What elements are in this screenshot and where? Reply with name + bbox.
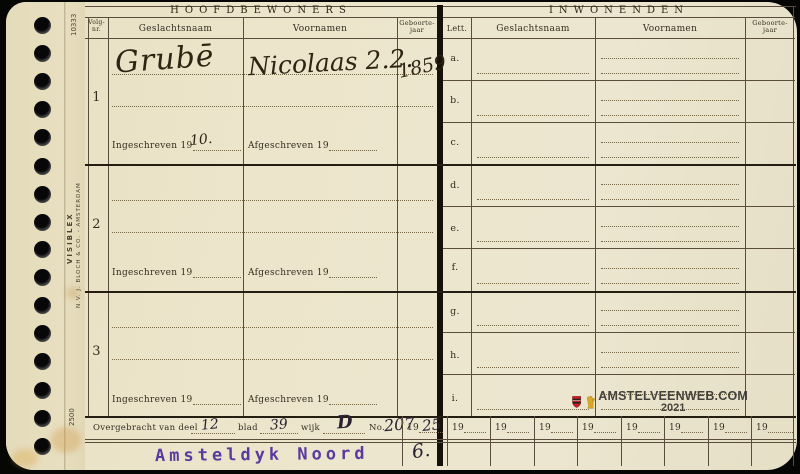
card-top-code: 10333 bbox=[70, 14, 78, 36]
punch-hole bbox=[34, 73, 51, 90]
handwriting-blad: 39 bbox=[269, 416, 288, 433]
punch-hole bbox=[34, 129, 51, 146]
dotted-line bbox=[601, 352, 739, 353]
afgeschreven-label-2: Afgeschreven 19 bbox=[248, 268, 377, 278]
rule-h bbox=[443, 80, 795, 81]
rule-v bbox=[664, 416, 665, 466]
afgeschreven-label-1: Afgeschreven 19 bbox=[248, 141, 377, 151]
dotted-line bbox=[601, 367, 739, 368]
handwriting-deel: 12 bbox=[200, 416, 219, 433]
dotted-line bbox=[601, 325, 739, 326]
dotted-leader bbox=[193, 268, 241, 278]
dotted-leader bbox=[507, 423, 529, 433]
dotted-line bbox=[477, 241, 589, 242]
watermark-site: AMSTELVEENWEB.COM bbox=[598, 390, 748, 403]
rule-h bbox=[443, 248, 795, 249]
year-cell: 19 bbox=[495, 423, 529, 433]
punch-hole bbox=[34, 325, 51, 342]
dotted-leader bbox=[594, 423, 616, 433]
dotted-leader bbox=[193, 395, 241, 405]
punch-hole bbox=[34, 382, 51, 399]
handwriting-firstname: Nicolaas 2.2. bbox=[247, 44, 414, 82]
dotted-line bbox=[477, 367, 589, 368]
handwriting-wijk: D bbox=[336, 411, 353, 433]
year-cell: 19 bbox=[452, 423, 486, 433]
dotted-leader bbox=[329, 395, 377, 405]
watermark: AMSTELVEENWEB.COM 2021 bbox=[572, 382, 748, 422]
handwriting-year: 25 bbox=[421, 415, 442, 435]
dotted-line bbox=[601, 199, 739, 200]
afgeschreven-label-3: Afgeschreven 19 bbox=[248, 395, 377, 405]
right-section-title: INWONENDEN bbox=[443, 5, 795, 16]
dotted-leader bbox=[323, 433, 365, 434]
lett-a: a. bbox=[443, 53, 467, 64]
left-section-title: HOOFDBEWONERS bbox=[85, 5, 437, 16]
dotted-line bbox=[477, 157, 589, 158]
rule-v bbox=[402, 416, 403, 466]
ingeschreven-label-1: Ingeschreven 19 bbox=[112, 141, 241, 151]
rule-h bbox=[443, 122, 795, 123]
dotted-line bbox=[601, 310, 739, 311]
col-header-voornamen: Voornamen bbox=[595, 24, 745, 34]
lett-e: e. bbox=[443, 223, 467, 234]
year-cell: 19 bbox=[582, 423, 616, 433]
punch-hole bbox=[34, 45, 51, 62]
col-header-geslachtsnaam: Geslachtsnaam bbox=[108, 24, 243, 34]
rule-v bbox=[621, 416, 622, 466]
punch-hole bbox=[34, 214, 51, 231]
card-brand: VISIBLEX bbox=[66, 212, 74, 264]
rule-h bbox=[85, 439, 796, 440]
dotted-line bbox=[112, 232, 433, 233]
scanned-register-card: 10333 VISIBLEX N.V. J. BLOCH & CO. - AMS… bbox=[0, 0, 800, 474]
rule-h bbox=[443, 332, 795, 333]
dotted-line bbox=[601, 184, 739, 185]
overgebracht-label: Overgebracht van deel bbox=[93, 423, 198, 433]
punch-hole bbox=[34, 438, 51, 455]
dotted-line bbox=[601, 100, 739, 101]
year-cell: 19 bbox=[539, 423, 573, 433]
dotted-line bbox=[112, 200, 433, 201]
punch-hole bbox=[34, 101, 51, 118]
lett-b: b. bbox=[443, 95, 467, 106]
wijk-label: wijk bbox=[301, 423, 320, 433]
punch-hole bbox=[34, 297, 51, 314]
rule-h bbox=[85, 17, 437, 18]
rule-v bbox=[577, 416, 578, 466]
handwriting-ingeschreven-year: 10. bbox=[189, 131, 213, 149]
dotted-line bbox=[477, 199, 589, 200]
punch-hole bbox=[34, 410, 51, 427]
rule-v bbox=[708, 416, 709, 466]
punch-hole bbox=[34, 158, 51, 175]
punch-hole bbox=[34, 269, 51, 286]
dotted-line bbox=[601, 241, 739, 242]
card-maker: N.V. J. BLOCH & CO. - AMSTERDAM bbox=[76, 182, 82, 308]
punch-hole bbox=[34, 353, 51, 370]
volgnr-1: 1 bbox=[85, 90, 108, 105]
rule-h bbox=[443, 17, 795, 18]
year-cell: 19 bbox=[669, 423, 703, 433]
dotted-line bbox=[601, 283, 739, 284]
rule-h bbox=[85, 38, 437, 39]
rule-h bbox=[443, 374, 795, 375]
dotted-leader bbox=[191, 433, 235, 434]
punch-hole bbox=[34, 17, 51, 34]
dotted-line bbox=[112, 106, 433, 107]
dotted-line bbox=[112, 327, 433, 328]
rule-v bbox=[397, 17, 398, 417]
no-label: No. bbox=[369, 423, 385, 433]
volgnr-2: 2 bbox=[85, 217, 108, 232]
card-bottom-code: 2500 bbox=[68, 408, 76, 426]
punch-hole bbox=[34, 241, 51, 258]
dotted-line bbox=[601, 226, 739, 227]
punch-hole bbox=[34, 186, 51, 203]
rule-h bbox=[85, 164, 796, 166]
col-header-voornamen: Voornamen bbox=[243, 24, 397, 34]
lett-i: i. bbox=[443, 393, 467, 404]
watermark-year: 2021 bbox=[598, 403, 748, 415]
dotted-leader bbox=[768, 423, 793, 433]
lett-h: h. bbox=[443, 350, 467, 361]
dotted-line bbox=[601, 58, 739, 59]
dotted-leader bbox=[551, 423, 573, 433]
rule-v bbox=[471, 17, 472, 417]
dotted-line bbox=[601, 73, 739, 74]
dotted-line bbox=[601, 157, 739, 158]
ingeschreven-label-3: Ingeschreven 19 bbox=[112, 395, 241, 405]
year-cell: 19 bbox=[626, 423, 660, 433]
rule-h bbox=[85, 442, 796, 443]
rule-v bbox=[745, 17, 746, 417]
dotted-line bbox=[112, 359, 433, 360]
dotted-line bbox=[477, 115, 589, 116]
handwriting-surname: Grubē bbox=[114, 39, 216, 81]
year-cell: 19 bbox=[756, 423, 793, 433]
lett-d: d. bbox=[443, 180, 467, 191]
rule-v bbox=[243, 17, 244, 417]
lett-g: g. bbox=[443, 306, 467, 317]
dotted-leader bbox=[725, 423, 747, 433]
rule-v bbox=[595, 17, 596, 417]
col-header-geslachtsnaam: Geslachtsnaam bbox=[471, 24, 595, 34]
rule-v bbox=[108, 17, 109, 417]
col-header-geboortejaar: Geboorte- jaar bbox=[745, 20, 795, 35]
dotted-line bbox=[601, 268, 739, 269]
year-cell: 19 bbox=[713, 423, 747, 433]
col-header-lett: Lett. bbox=[443, 24, 471, 33]
dotted-leader bbox=[638, 423, 660, 433]
dotted-leader bbox=[260, 433, 298, 434]
rule-v bbox=[490, 416, 491, 466]
dotted-line bbox=[477, 325, 589, 326]
rule-v bbox=[751, 416, 752, 466]
dotted-leader bbox=[329, 141, 377, 151]
dotted-line bbox=[601, 115, 739, 116]
dotted-line bbox=[477, 73, 589, 74]
rule-v bbox=[534, 416, 535, 466]
lett-f: f. bbox=[443, 262, 467, 273]
ingeschreven-label-2: Ingeschreven 19 bbox=[112, 268, 241, 278]
watermark-text: AMSTELVEENWEB.COM 2021 bbox=[598, 390, 748, 415]
dotted-leader bbox=[329, 268, 377, 278]
col-header-geboortejaar: Geboorte- jaar bbox=[397, 20, 437, 35]
rule-h bbox=[85, 291, 796, 293]
dotted-line bbox=[601, 142, 739, 143]
rule-v bbox=[447, 416, 448, 466]
paper-stain bbox=[12, 449, 38, 467]
dotted-line bbox=[477, 283, 589, 284]
rule-v bbox=[793, 6, 794, 466]
rule-h bbox=[443, 38, 795, 39]
rule-h bbox=[443, 206, 795, 207]
dotted-leader bbox=[464, 423, 486, 433]
handwriting-house-number: 6. bbox=[411, 439, 432, 463]
amstelveen-shield-icon bbox=[572, 388, 581, 416]
address-stamp: Amsteldyk Noord bbox=[155, 444, 369, 466]
lett-c: c. bbox=[443, 137, 467, 148]
blad-label: blad bbox=[238, 423, 258, 433]
dotted-leader bbox=[681, 423, 703, 433]
lion-icon bbox=[584, 386, 595, 418]
volgnr-3: 3 bbox=[85, 344, 108, 359]
